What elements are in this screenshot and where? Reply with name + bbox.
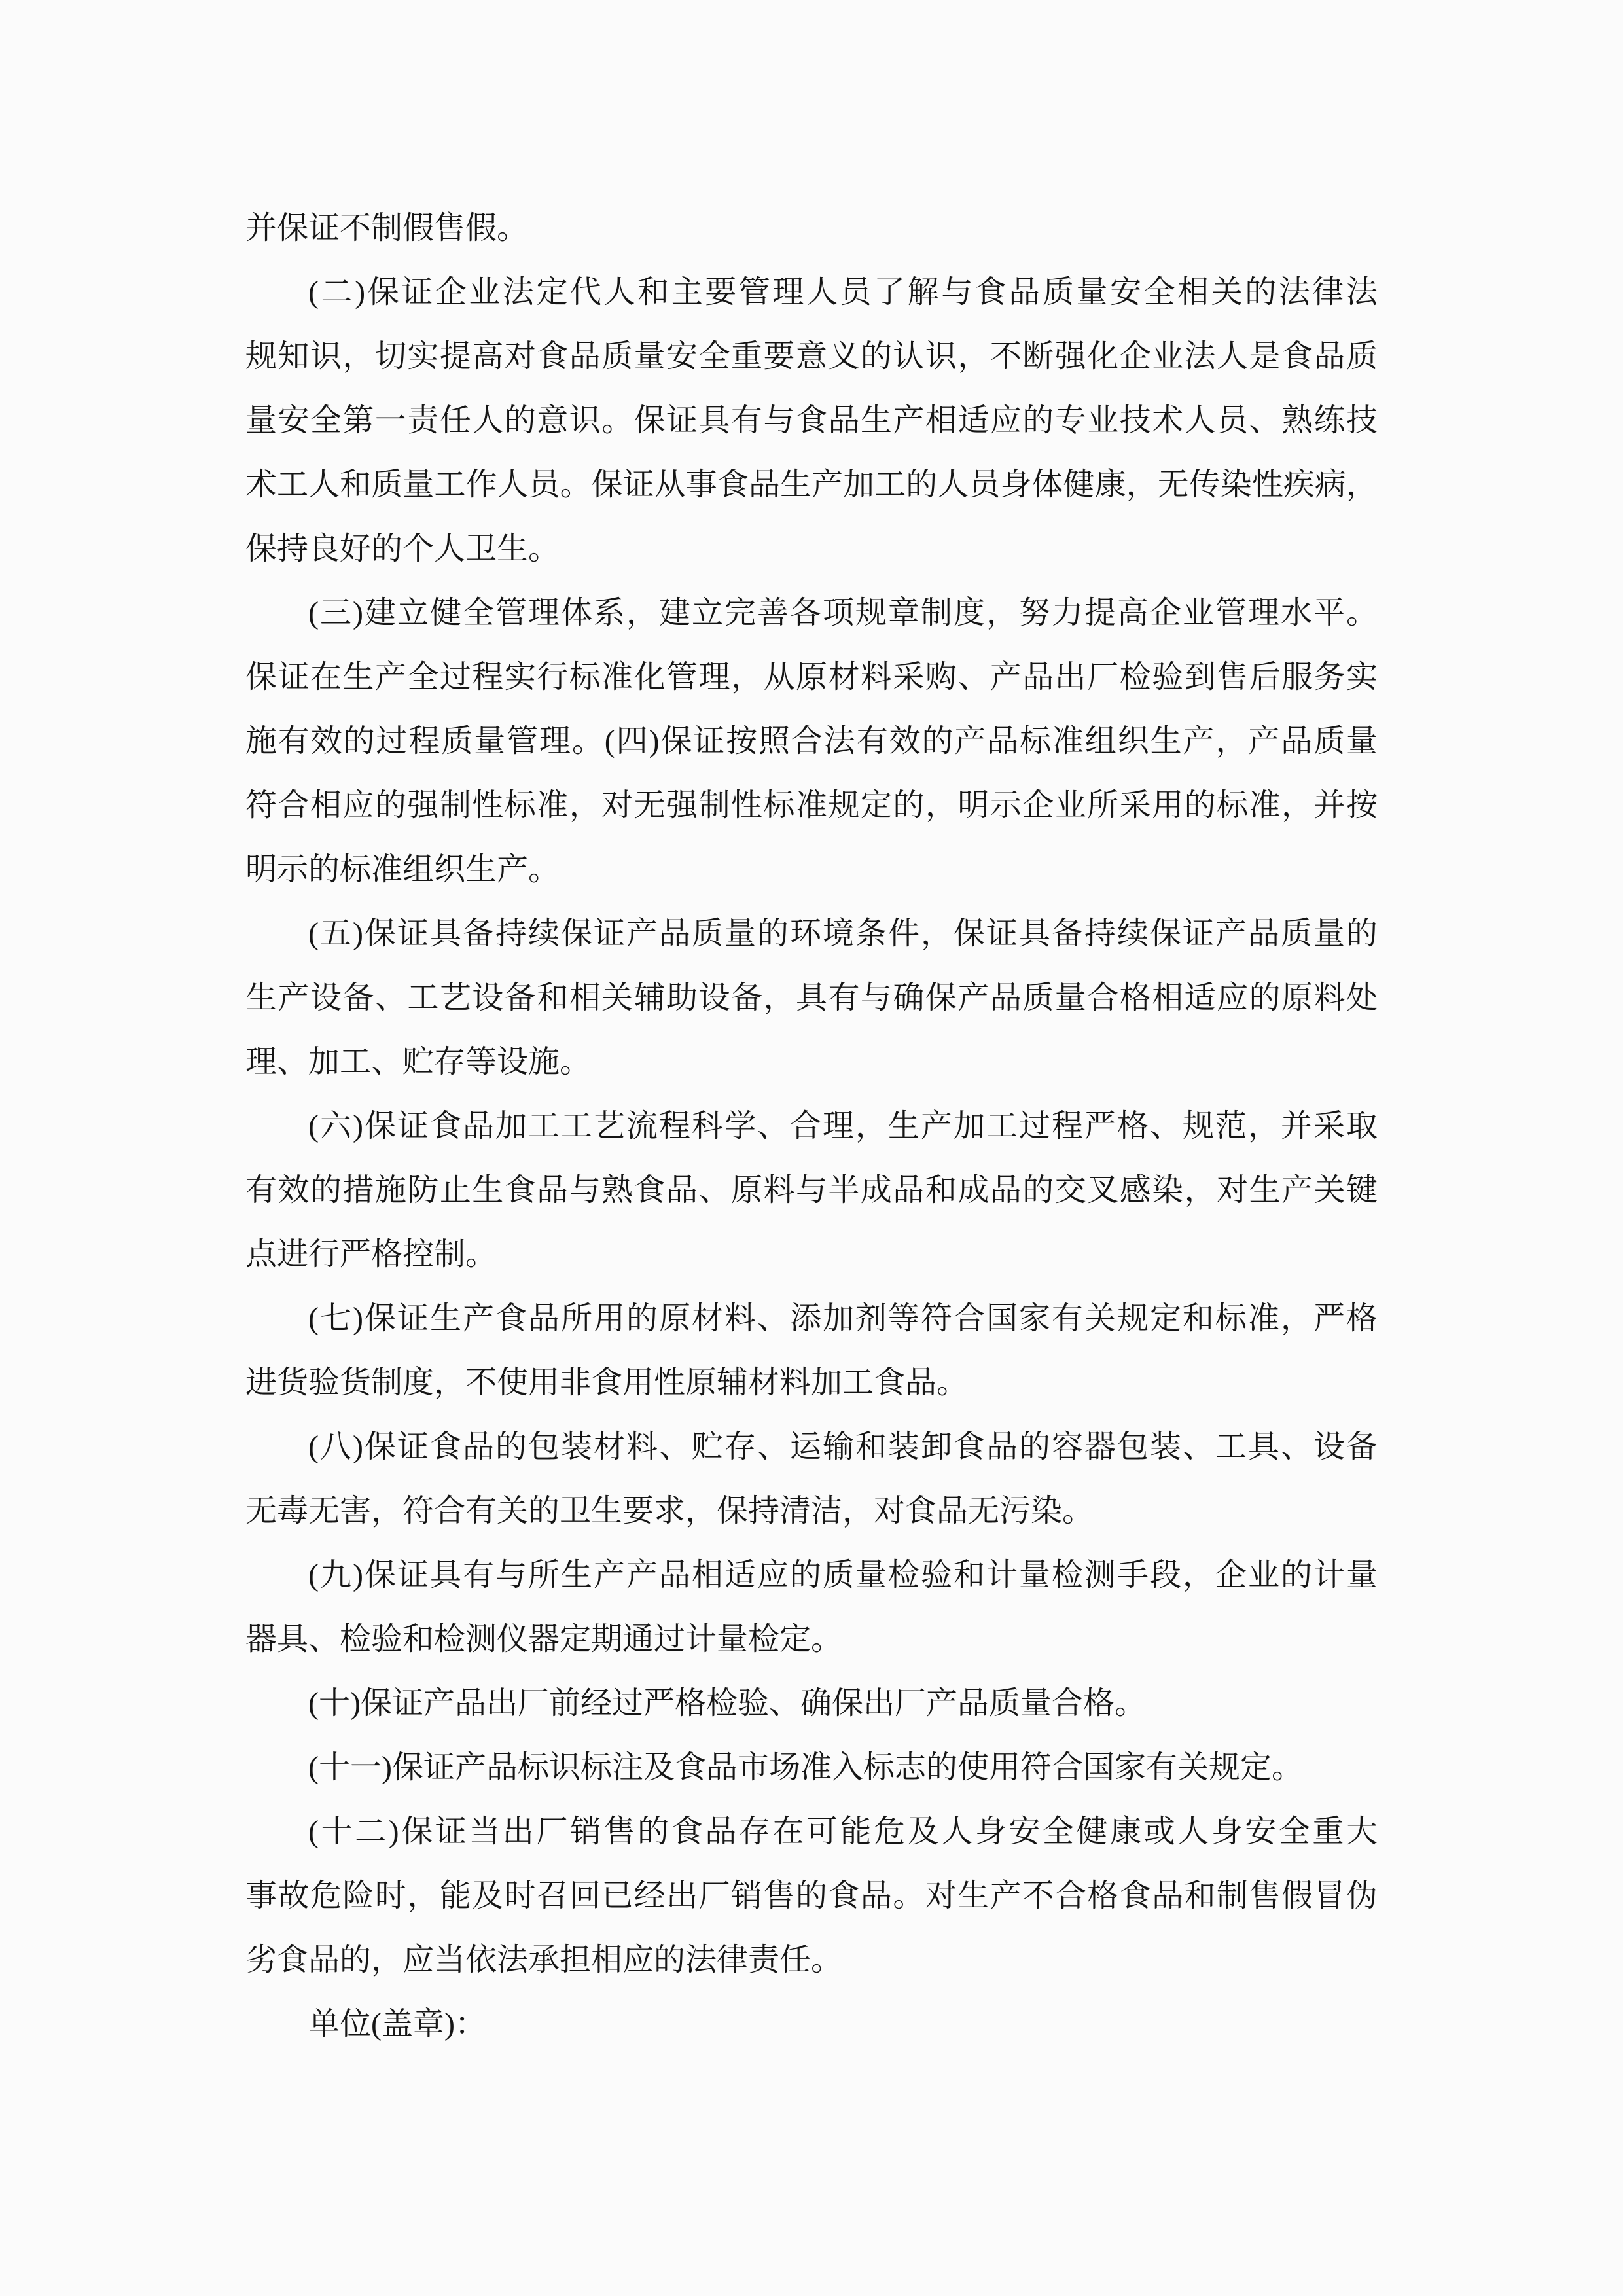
text-line: (十)保证产品出厂前经过严格检验、确保出厂产品质量合格。 [245,1672,1378,1736]
text-line: 单位(盖章)： [245,1992,1378,2056]
text-line: (七)保证生产食品所用的原材料、添加剂等符合国家有关规定和标准，严格 [245,1287,1378,1351]
text-line: 施有效的过程质量管理。(四)保证按照合法有效的产品标准组织生产，产品质量 [245,709,1378,774]
text-line: 劣食品的，应当依法承担相应的法律责任。 [245,1928,1378,1992]
document-text-body: 并保证不制假售假。(二)保证企业法定代人和主要管理人员了解与食品质量安全相关的法… [245,196,1378,2056]
text-line: (三)建立健全管理体系，建立完善各项规章制度，努力提高企业管理水平。 [245,581,1378,645]
text-line: 明示的标准组织生产。 [245,838,1378,902]
text-line: 符合相应的强制性标准，对无强制性标准规定的，明示企业所采用的标准，并按 [245,774,1378,838]
text-line: 点进行严格控制。 [245,1223,1378,1287]
text-line: 有效的措施防止生食品与熟食品、原料与半成品和成品的交叉感染，对生产关键 [245,1158,1378,1223]
text-line: (八)保证食品的包装材料、贮存、运输和装卸食品的容器包装、工具、设备 [245,1415,1378,1479]
text-line: 理、加工、贮存等设施。 [245,1030,1378,1094]
text-line: (十一)保证产品标识标注及食品市场准入标志的使用符合国家有关规定。 [245,1736,1378,1800]
text-line: 进货验货制度，不使用非食用性原辅材料加工食品。 [245,1351,1378,1415]
text-line: (二)保证企业法定代人和主要管理人员了解与食品质量安全相关的法律法 [245,260,1378,325]
text-line: (六)保证食品加工工艺流程科学、合理，生产加工过程严格、规范，并采取 [245,1094,1378,1158]
text-line: 无毒无害，符合有关的卫生要求，保持清洁，对食品无污染。 [245,1479,1378,1543]
text-line: 保证在生产全过程实行标准化管理，从原材料采购、产品出厂检验到售后服务实 [245,645,1378,709]
text-line: 生产设备、工艺设备和相关辅助设备，具有与确保产品质量合格相适应的原料处 [245,966,1378,1030]
text-line: 规知识，切实提高对食品质量安全重要意义的认识，不断强化企业法人是食品质 [245,325,1378,389]
text-line: (十二)保证当出厂销售的食品存在可能危及人身安全健康或人身安全重大 [245,1800,1378,1864]
document-page: 并保证不制假售假。(二)保证企业法定代人和主要管理人员了解与食品质量安全相关的法… [0,0,1623,2296]
text-line: 事故危险时，能及时召回已经出厂销售的食品。对生产不合格食品和制售假冒伪 [245,1864,1378,1928]
text-line: 量安全第一责任人的意识。保证具有与食品生产相适应的专业技术人员、熟练技 [245,389,1378,453]
text-line: 术工人和质量工作人员。保证从事食品生产加工的人员身体健康，无传染性疾病， [245,453,1378,517]
text-line: (五)保证具备持续保证产品质量的环境条件，保证具备持续保证产品质量的 [245,902,1378,966]
text-line: 器具、检验和检测仪器定期通过计量检定。 [245,1607,1378,1672]
text-line: 并保证不制假售假。 [245,196,1378,260]
text-line: (九)保证具有与所生产产品相适应的质量检验和计量检测手段，企业的计量 [245,1543,1378,1607]
text-line: 保持良好的个人卫生。 [245,517,1378,581]
